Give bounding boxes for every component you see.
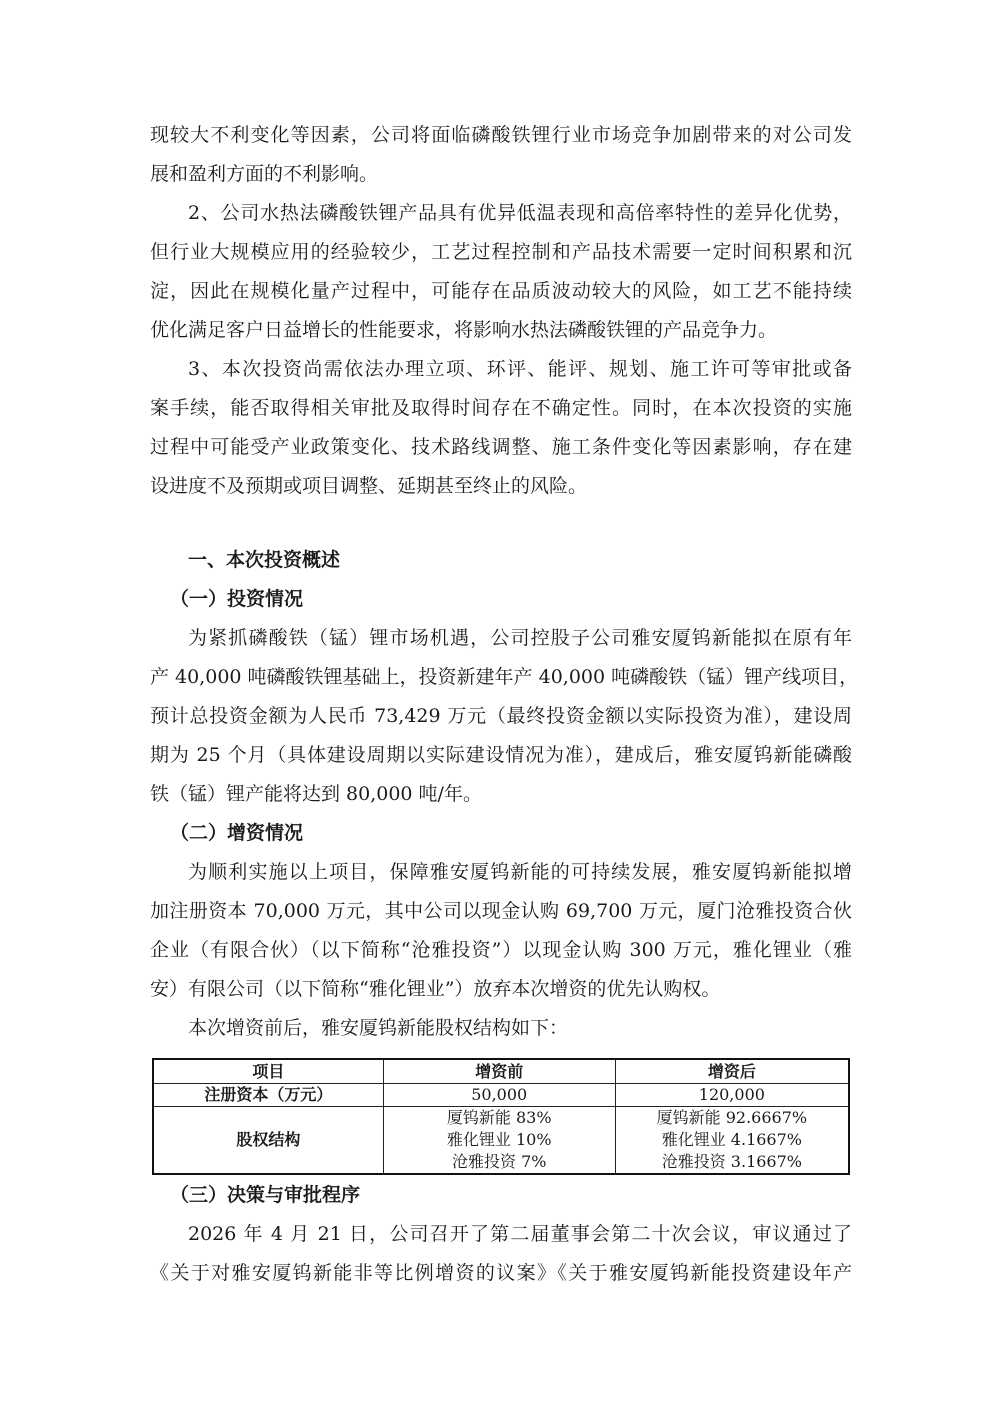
capital-paragraph-line: 安）有限公司（以下简称“雅化锂业”）放弃本次增资的优先认购权。 xyxy=(150,970,852,1009)
header-after: 增资后 xyxy=(615,1059,849,1084)
risk-paragraph-2-line: 2、公司水热法磷酸铁锂产品具有优异低温表现和高倍率特性的差异化优势， xyxy=(150,194,852,233)
risk-paragraph-3-line: 3、本次投资尚需依法办理立项、环评、能评、规划、施工许可等审批或备 xyxy=(150,350,852,389)
risk-paragraph-3-line: 过程中可能受产业政策变化、技术路线调整、施工条件变化等因素影响，存在建 xyxy=(150,428,852,467)
capital-paragraph-line: 为顺利实施以上项目，保障雅安厦钨新能的可持续发展，雅安厦钨新能拟增 xyxy=(150,853,852,892)
capital-paragraph-line: 加注册资本 70,000 万元，其中公司以现金认购 69,700 万元，厦门沧雅… xyxy=(150,892,852,931)
equity-after-holder: 沧雅投资 3.1667% xyxy=(616,1151,848,1173)
equity-before-holder: 雅化锂业 10% xyxy=(384,1129,615,1151)
risk-paragraph-2-line: 淀，因此在规模化量产过程中，可能存在品质波动较大的风险，如工艺不能持续 xyxy=(150,272,852,311)
risk-paragraph-1-line: 现较大不利变化等因素，公司将面临磷酸铁锂行业市场竞争加剧带来的对公司发 xyxy=(150,116,852,155)
equity-structure-table: 项目 增资前 增资后 注册资本（万元） 50,000 120,000 股权结构 … xyxy=(152,1058,850,1175)
equity-after-holder: 厦钨新能 92.6667% xyxy=(616,1107,848,1129)
risk-paragraph-3-line: 设进度不及预期或项目调整、延期甚至终止的风险。 xyxy=(150,467,852,506)
equity-before-cell: 厦钨新能 83% 雅化锂业 10% 沧雅投资 7% xyxy=(383,1107,615,1175)
capital-paragraph-line: 企业（有限合伙）（以下简称“沧雅投资”）以现金认购 300 万元，雅化锂业（雅 xyxy=(150,931,852,970)
investment-paragraph-line: 铁（锰）锂产能将达到 80,000 吨/年。 xyxy=(150,775,852,814)
equity-structure-label: 股权结构 xyxy=(153,1107,383,1175)
registered-capital-after: 120,000 xyxy=(615,1084,849,1107)
risk-paragraph-2-line: 优化满足客户日益增长的性能要求，将影响水热法磷酸铁锂的产品竞争力。 xyxy=(150,311,852,350)
registered-capital-before: 50,000 xyxy=(383,1084,615,1107)
investment-paragraph-line: 期为 25 个月（具体建设周期以实际建设情况为准），建成后，雅安厦钨新能磷酸 xyxy=(150,736,852,775)
document-body: 现较大不利变化等因素，公司将面临磷酸铁锂行业市场竞争加剧带来的对公司发 展和盈利… xyxy=(150,116,852,1048)
section-heading: 一、本次投资概述 xyxy=(150,541,852,580)
header-before: 增资前 xyxy=(383,1059,615,1084)
equity-after-holder: 雅化锂业 4.1667% xyxy=(616,1129,848,1151)
approval-paragraph-line: 《关于对雅安厦钨新能非等比例增资的议案》《关于雅安厦钨新能投资建设年产 xyxy=(150,1254,852,1293)
risk-paragraph-2-line: 但行业大规模应用的经验较少，工艺过程控制和产品技术需要一定时间积累和沉 xyxy=(150,233,852,272)
equity-before-holder: 沧雅投资 7% xyxy=(384,1151,615,1173)
approval-section: （三）决策与审批程序 2026 年 4 月 21 日，公司召开了第二届董事会第二… xyxy=(150,1176,852,1293)
risk-paragraph-1-line: 展和盈利方面的不利影响。 xyxy=(150,155,852,194)
risk-paragraph-3-line: 案手续，能否取得相关审批及取得时间存在不确定性。同时，在本次投资的实施 xyxy=(150,389,852,428)
investment-paragraph-line: 为紧抓磷酸铁（锰）锂市场机遇，公司控股子公司雅安厦钨新能拟在原有年 xyxy=(150,619,852,658)
table-row: 股权结构 厦钨新能 83% 雅化锂业 10% 沧雅投资 7% 厦钨新能 92.6… xyxy=(153,1107,849,1175)
table-intro: 本次增资前后，雅安厦钨新能股权结构如下： xyxy=(150,1009,852,1048)
table-header-row: 项目 增资前 增资后 xyxy=(153,1059,849,1084)
table-row: 注册资本（万元） 50,000 120,000 xyxy=(153,1084,849,1107)
equity-after-cell: 厦钨新能 92.6667% 雅化锂业 4.1667% 沧雅投资 3.1667% xyxy=(615,1107,849,1175)
section-spacer xyxy=(150,506,852,541)
subsection-heading-approval: （三）决策与审批程序 xyxy=(150,1176,852,1215)
investment-paragraph-line: 预计总投资金额为人民币 73,429 万元（最终投资金额以实际投资为准），建设周 xyxy=(150,697,852,736)
equity-before-holder: 厦钨新能 83% xyxy=(384,1107,615,1129)
subsection-heading-capital-increase: （二）增资情况 xyxy=(150,814,852,853)
investment-paragraph-line: 产 40,000 吨磷酸铁锂基础上，投资新建年产 40,000 吨磷酸铁（锰）锂… xyxy=(150,658,852,697)
approval-paragraph-line: 2026 年 4 月 21 日，公司召开了第二届董事会第二十次会议，审议通过了 xyxy=(150,1215,852,1254)
header-item: 项目 xyxy=(153,1059,383,1084)
subsection-heading-investment: （一）投资情况 xyxy=(150,580,852,619)
registered-capital-label: 注册资本（万元） xyxy=(153,1084,383,1107)
